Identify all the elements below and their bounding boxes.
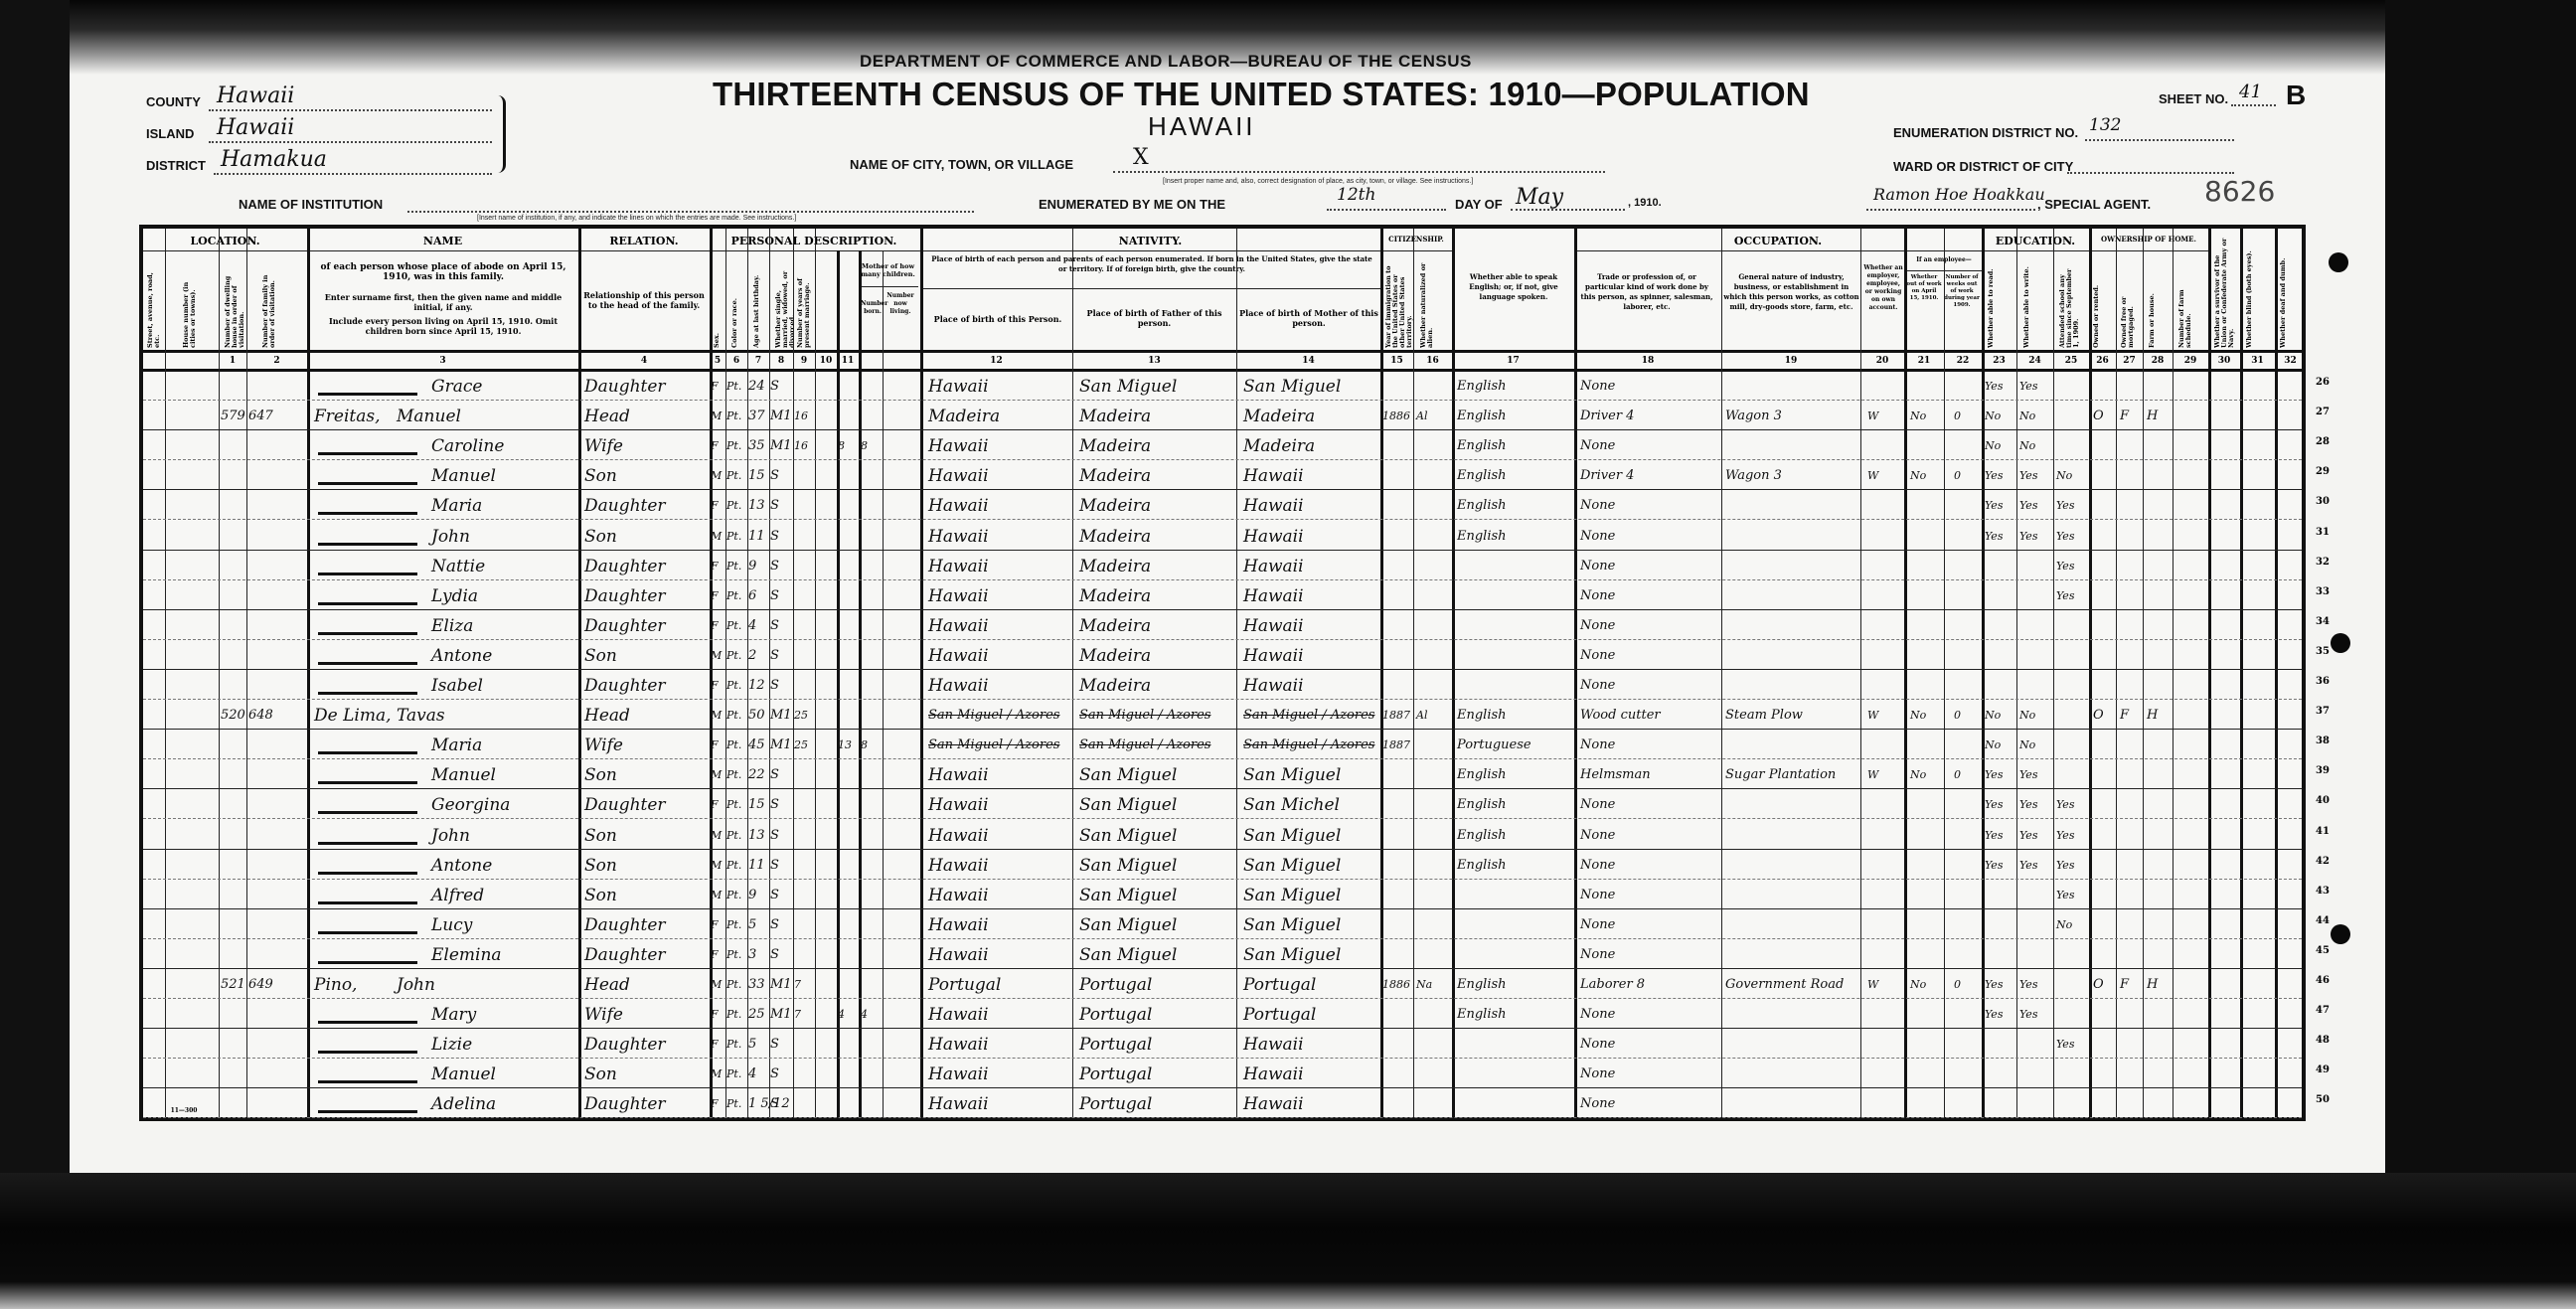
trade-cell[interactable]: None (1580, 614, 1721, 638)
age-cell[interactable]: 5 (748, 1033, 770, 1057)
read-cell[interactable]: No (1985, 434, 2017, 458)
age-cell[interactable]: 13 (748, 494, 770, 518)
emp-cell[interactable]: W (1867, 405, 1903, 428)
trade-cell[interactable]: None (1580, 555, 1721, 578)
sex-cell[interactable]: M (711, 824, 726, 848)
relation-cell[interactable]: Son (584, 854, 709, 878)
sex-cell[interactable]: F (711, 674, 726, 698)
bp-mother-cell[interactable]: Hawaii (1243, 1063, 1380, 1086)
given-name-cell[interactable]: Tavas (397, 704, 445, 728)
bp-mother-cell[interactable]: Hawaii (1243, 614, 1380, 638)
trade-cell[interactable]: None (1580, 1003, 1721, 1027)
color-cell[interactable]: Pt. (726, 674, 748, 698)
marital-cell[interactable]: S (770, 525, 794, 549)
trade-cell[interactable]: None (1580, 674, 1721, 698)
bp-mother-cell[interactable]: Hawaii (1243, 1092, 1380, 1116)
marital-cell[interactable]: S (770, 763, 794, 787)
dwelling-cell[interactable]: 579 (221, 405, 250, 428)
institution-line[interactable] (407, 211, 974, 213)
surname-cell[interactable]: De Lima, (314, 704, 391, 728)
bp-mother-cell[interactable]: Hawaii (1243, 644, 1380, 668)
read-cell[interactable]: Yes (1985, 375, 2017, 399)
age-cell[interactable]: 5 (748, 913, 770, 937)
read-cell[interactable]: Yes (1985, 824, 2017, 848)
language-cell[interactable]: English (1457, 525, 1574, 549)
relation-cell[interactable]: Wife (584, 434, 709, 458)
bp-father-cell[interactable]: San Miguel / Azores (1079, 704, 1236, 728)
bp-father-cell[interactable]: Madeira (1079, 644, 1236, 668)
bp-person-cell[interactable]: Hawaii (928, 525, 1072, 549)
bp-mother-cell[interactable]: Hawaii (1243, 525, 1380, 549)
given-name-cell[interactable]: Georgina (431, 793, 510, 817)
given-name-cell[interactable]: Eliza (431, 614, 473, 638)
age-cell[interactable]: 25 (748, 1003, 770, 1027)
write-cell[interactable]: Yes (2019, 375, 2053, 399)
bp-mother-cell[interactable]: Hawaii (1243, 494, 1380, 518)
given-name-cell[interactable]: Manuel (397, 405, 461, 428)
relation-cell[interactable]: Son (584, 1063, 709, 1086)
trade-cell[interactable]: Laborer 8 (1580, 973, 1721, 997)
sex-cell[interactable]: F (711, 584, 726, 608)
bp-father-cell[interactable]: Madeira (1079, 614, 1236, 638)
bp-person-cell[interactable]: Hawaii (928, 614, 1072, 638)
marital-cell[interactable]: S (770, 1063, 794, 1086)
immig-cell[interactable]: 1886 (1382, 405, 1414, 428)
industry-cell[interactable]: Wagon 3 (1725, 405, 1860, 428)
bp-father-cell[interactable]: Madeira (1079, 674, 1236, 698)
bp-father-cell[interactable]: San Miguel (1079, 763, 1236, 787)
trade-cell[interactable]: None (1580, 525, 1721, 549)
read-cell[interactable]: Yes (1985, 525, 2017, 549)
given-name-cell[interactable]: Manuel (431, 464, 496, 488)
age-cell[interactable]: 22 (748, 763, 770, 787)
school-cell[interactable]: Yes (2056, 854, 2089, 878)
yrs-married-cell[interactable]: 7 (794, 973, 816, 997)
sex-cell[interactable]: F (711, 614, 726, 638)
sex-cell[interactable]: M (711, 763, 726, 787)
marital-cell[interactable]: S (770, 494, 794, 518)
school-cell[interactable]: Yes (2056, 525, 2089, 549)
write-cell[interactable]: No (2019, 434, 2053, 458)
sex-cell[interactable]: M (711, 854, 726, 878)
bp-father-cell[interactable]: Madeira (1079, 494, 1236, 518)
emp-cell[interactable]: W (1867, 973, 1903, 997)
marital-cell[interactable]: S (770, 824, 794, 848)
sex-cell[interactable]: F (711, 943, 726, 967)
living-cell[interactable]: 8 (861, 434, 883, 458)
yrs-married-cell[interactable]: 7 (794, 1003, 816, 1027)
bp-person-cell[interactable]: Hawaii (928, 1033, 1072, 1057)
given-name-cell[interactable]: Caroline (431, 434, 504, 458)
family-cell[interactable]: 649 (248, 973, 288, 997)
write-cell[interactable]: No (2019, 704, 2053, 728)
sex-cell[interactable]: M (711, 1063, 726, 1086)
oow-cell[interactable]: No (1910, 973, 1944, 997)
read-cell[interactable]: No (1985, 405, 2017, 428)
language-cell[interactable]: English (1457, 763, 1574, 787)
bp-mother-cell[interactable]: San Miguel (1243, 854, 1380, 878)
sex-cell[interactable]: M (711, 405, 726, 428)
bp-father-cell[interactable]: San Miguel (1079, 943, 1236, 967)
color-cell[interactable]: Pt. (726, 854, 748, 878)
color-cell[interactable]: Pt. (726, 1003, 748, 1027)
color-cell[interactable]: Pt. (726, 1033, 748, 1057)
color-cell[interactable]: Pt. (726, 704, 748, 728)
write-cell[interactable]: Yes (2019, 1003, 2053, 1027)
relation-cell[interactable]: Wife (584, 734, 709, 757)
school-cell[interactable]: No (2056, 913, 2089, 937)
sex-cell[interactable]: F (711, 1033, 726, 1057)
color-cell[interactable]: Pt. (726, 884, 748, 907)
relation-cell[interactable]: Son (584, 884, 709, 907)
relation-cell[interactable]: Son (584, 644, 709, 668)
relation-cell[interactable]: Daughter (584, 1033, 709, 1057)
marital-cell[interactable]: S (770, 943, 794, 967)
dwelling-cell[interactable]: 520 (221, 704, 250, 728)
given-name-cell[interactable]: John (397, 973, 435, 997)
city-value[interactable]: X (1133, 145, 1149, 170)
trade-cell[interactable]: None (1580, 913, 1721, 937)
sex-cell[interactable]: M (711, 644, 726, 668)
given-name-cell[interactable]: Manuel (431, 1063, 496, 1086)
bp-person-cell[interactable]: Hawaii (928, 824, 1072, 848)
bp-mother-cell[interactable]: San Miguel (1243, 943, 1380, 967)
color-cell[interactable]: Pt. (726, 525, 748, 549)
language-cell[interactable]: English (1457, 375, 1574, 399)
sex-cell[interactable]: M (711, 525, 726, 549)
read-cell[interactable]: Yes (1985, 854, 2017, 878)
industry-cell[interactable]: Government Road (1725, 973, 1860, 997)
color-cell[interactable]: Pt. (726, 494, 748, 518)
given-name-cell[interactable]: Lydia (431, 584, 478, 608)
marital-cell[interactable]: S (770, 1033, 794, 1057)
write-cell[interactable]: Yes (2019, 763, 2053, 787)
marital-cell[interactable]: M1 (770, 704, 794, 728)
oow-cell[interactable]: No (1910, 704, 1944, 728)
trade-cell[interactable]: None (1580, 434, 1721, 458)
age-cell[interactable]: 15 (748, 464, 770, 488)
oow-cell[interactable]: No (1910, 405, 1944, 428)
farm-cell[interactable]: H (2147, 405, 2171, 428)
emp-cell[interactable]: W (1867, 704, 1903, 728)
marital-cell[interactable]: S (770, 1092, 794, 1116)
color-cell[interactable]: Pt. (726, 1063, 748, 1086)
bp-person-cell[interactable]: Hawaii (928, 644, 1072, 668)
free-cell[interactable]: F (2120, 704, 2142, 728)
bp-person-cell[interactable]: San Miguel / Azores (928, 734, 1072, 757)
write-cell[interactable]: Yes (2019, 854, 2053, 878)
surname-cell[interactable]: Freitas, (314, 405, 381, 428)
born-cell[interactable]: 4 (838, 1003, 860, 1027)
bp-person-cell[interactable]: Hawaii (928, 434, 1072, 458)
relation-cell[interactable]: Daughter (584, 1092, 709, 1116)
school-cell[interactable]: Yes (2056, 584, 2089, 608)
language-cell[interactable]: English (1457, 793, 1574, 817)
bp-father-cell[interactable]: Portugal (1079, 1063, 1236, 1086)
given-name-cell[interactable]: Manuel (431, 763, 496, 787)
bp-person-cell[interactable]: Hawaii (928, 1003, 1072, 1027)
bp-father-cell[interactable]: Madeira (1079, 464, 1236, 488)
age-cell[interactable]: 13 (748, 824, 770, 848)
given-name-cell[interactable]: Alfred (431, 884, 484, 907)
born-cell[interactable]: 13 (838, 734, 860, 757)
age-cell[interactable]: 33 (748, 973, 770, 997)
age-cell[interactable]: 6 (748, 584, 770, 608)
given-name-cell[interactable]: John (431, 824, 470, 848)
language-cell[interactable]: English (1457, 405, 1574, 428)
color-cell[interactable]: Pt. (726, 555, 748, 578)
bp-person-cell[interactable]: Hawaii (928, 854, 1072, 878)
bp-father-cell[interactable]: Madeira (1079, 434, 1236, 458)
living-cell[interactable]: 4 (861, 1003, 883, 1027)
write-cell[interactable]: Yes (2019, 824, 2053, 848)
age-cell[interactable]: 9 (748, 884, 770, 907)
trade-cell[interactable]: None (1580, 793, 1721, 817)
relation-cell[interactable]: Daughter (584, 674, 709, 698)
color-cell[interactable]: Pt. (726, 464, 748, 488)
family-cell[interactable]: 647 (248, 405, 288, 428)
color-cell[interactable]: Pt. (726, 793, 748, 817)
write-cell[interactable]: Yes (2019, 494, 2053, 518)
bp-mother-cell[interactable]: Hawaii (1243, 584, 1380, 608)
bp-mother-cell[interactable]: Hawaii (1243, 674, 1380, 698)
trade-cell[interactable]: Driver 4 (1580, 464, 1721, 488)
bp-mother-cell[interactable]: Hawaii (1243, 1033, 1380, 1057)
write-cell[interactable]: Yes (2019, 525, 2053, 549)
given-name-cell[interactable]: Maria (431, 494, 482, 518)
bp-father-cell[interactable]: Madeira (1079, 555, 1236, 578)
sex-cell[interactable]: F (711, 913, 726, 937)
free-cell[interactable]: F (2120, 973, 2142, 997)
given-name-cell[interactable]: Antone (431, 854, 492, 878)
relation-cell[interactable]: Son (584, 763, 709, 787)
marital-cell[interactable]: M1 (770, 434, 794, 458)
bp-person-cell[interactable]: Hawaii (928, 375, 1072, 399)
weeks-cell[interactable]: 0 (1954, 973, 1980, 997)
color-cell[interactable]: Pt. (726, 614, 748, 638)
relation-cell[interactable]: Son (584, 824, 709, 848)
bp-mother-cell[interactable]: San Miguel (1243, 763, 1380, 787)
language-cell[interactable]: English (1457, 1003, 1574, 1027)
family-cell[interactable]: 648 (248, 704, 288, 728)
weeks-cell[interactable]: 0 (1954, 763, 1980, 787)
age-cell[interactable]: 9 (748, 555, 770, 578)
relation-cell[interactable]: Wife (584, 1003, 709, 1027)
color-cell[interactable]: Pt. (726, 405, 748, 428)
marital-cell[interactable]: M1 (770, 1003, 794, 1027)
bp-person-cell[interactable]: Hawaii (928, 584, 1072, 608)
color-cell[interactable]: Pt. (726, 584, 748, 608)
marital-cell[interactable]: S (770, 793, 794, 817)
color-cell[interactable]: Pt. (726, 375, 748, 399)
trade-cell[interactable]: None (1580, 584, 1721, 608)
bp-person-cell[interactable]: Hawaii (928, 494, 1072, 518)
age-cell[interactable]: 45 (748, 734, 770, 757)
born-cell[interactable]: 8 (838, 434, 860, 458)
sex-cell[interactable]: F (711, 793, 726, 817)
read-cell[interactable]: Yes (1985, 763, 2017, 787)
sex-cell[interactable]: F (711, 494, 726, 518)
county-value[interactable]: Hawaii (217, 83, 294, 108)
relation-cell[interactable]: Head (584, 704, 709, 728)
marital-cell[interactable]: S (770, 674, 794, 698)
age-cell[interactable]: 15 (748, 793, 770, 817)
bp-mother-cell[interactable]: San Miguel / Azores (1243, 734, 1380, 757)
marital-cell[interactable]: S (770, 375, 794, 399)
age-cell[interactable]: 24 (748, 375, 770, 399)
bp-mother-cell[interactable]: Hawaii (1243, 464, 1380, 488)
surname-cell[interactable]: Pino, (314, 973, 357, 997)
age-cell[interactable]: 50 (748, 704, 770, 728)
language-cell[interactable]: English (1457, 704, 1574, 728)
given-name-cell[interactable]: John (431, 525, 470, 549)
trade-cell[interactable]: Wood cutter (1580, 704, 1721, 728)
trade-cell[interactable]: Driver 4 (1580, 405, 1721, 428)
trade-cell[interactable]: None (1580, 1063, 1721, 1086)
bp-mother-cell[interactable]: San Miguel (1243, 884, 1380, 907)
color-cell[interactable]: Pt. (726, 763, 748, 787)
weeks-cell[interactable]: 0 (1954, 704, 1980, 728)
age-cell[interactable]: 4 (748, 614, 770, 638)
sex-cell[interactable]: M (711, 973, 726, 997)
bp-person-cell[interactable]: Hawaii (928, 555, 1072, 578)
age-cell[interactable]: 11 (748, 525, 770, 549)
marital-cell[interactable]: M1 (770, 973, 794, 997)
relation-cell[interactable]: Daughter (584, 584, 709, 608)
write-cell[interactable]: No (2019, 405, 2053, 428)
emp-cell[interactable]: W (1867, 464, 1903, 488)
language-cell[interactable]: English (1457, 824, 1574, 848)
nat-cell[interactable]: Al (1416, 405, 1452, 428)
color-cell[interactable]: Pt. (726, 943, 748, 967)
bp-person-cell[interactable]: Hawaii (928, 943, 1072, 967)
write-cell[interactable]: Yes (2019, 793, 2053, 817)
sex-cell[interactable]: M (711, 704, 726, 728)
trade-cell[interactable]: None (1580, 854, 1721, 878)
relation-cell[interactable]: Daughter (584, 375, 709, 399)
school-cell[interactable]: Yes (2056, 824, 2089, 848)
bp-father-cell[interactable]: San Miguel (1079, 913, 1236, 937)
given-name-cell[interactable]: Nattie (431, 555, 485, 578)
trade-cell[interactable]: None (1580, 824, 1721, 848)
read-cell[interactable]: No (1985, 734, 2017, 757)
owned-cell[interactable]: O (2093, 704, 2115, 728)
color-cell[interactable]: Pt. (726, 1092, 748, 1116)
color-cell[interactable]: Pt. (726, 434, 748, 458)
yrs-married-cell[interactable]: 25 (794, 704, 816, 728)
bp-father-cell[interactable]: Portugal (1079, 1092, 1236, 1116)
sex-cell[interactable]: F (711, 1003, 726, 1027)
bp-person-cell[interactable]: Hawaii (928, 763, 1072, 787)
marital-cell[interactable]: S (770, 854, 794, 878)
industry-cell[interactable]: Wagon 3 (1725, 464, 1860, 488)
relation-cell[interactable]: Daughter (584, 913, 709, 937)
bp-father-cell[interactable]: Portugal (1079, 1033, 1236, 1057)
immig-cell[interactable]: 1887 (1382, 734, 1414, 757)
relation-cell[interactable]: Head (584, 405, 709, 428)
marital-cell[interactable]: S (770, 614, 794, 638)
bp-father-cell[interactable]: San Miguel (1079, 854, 1236, 878)
bp-person-cell[interactable]: Madeira (928, 405, 1072, 428)
age-cell[interactable]: 12 (748, 674, 770, 698)
trade-cell[interactable]: None (1580, 1092, 1721, 1116)
school-cell[interactable]: Yes (2056, 494, 2089, 518)
immig-cell[interactable]: 1887 (1382, 704, 1414, 728)
relation-cell[interactable]: Daughter (584, 555, 709, 578)
trade-cell[interactable]: None (1580, 1033, 1721, 1057)
trade-cell[interactable]: None (1580, 884, 1721, 907)
marital-cell[interactable]: S (770, 884, 794, 907)
relation-cell[interactable]: Son (584, 525, 709, 549)
bp-mother-cell[interactable]: Madeira (1243, 434, 1380, 458)
bp-father-cell[interactable]: Portugal (1079, 1003, 1236, 1027)
sex-cell[interactable]: F (711, 734, 726, 757)
enumerated-day[interactable]: 12th (1337, 185, 1375, 205)
bp-mother-cell[interactable]: Hawaii (1243, 555, 1380, 578)
farm-cell[interactable]: H (2147, 973, 2171, 997)
bp-person-cell[interactable]: Hawaii (928, 464, 1072, 488)
age-cell[interactable]: 4 (748, 1063, 770, 1086)
marital-cell[interactable]: S (770, 584, 794, 608)
sex-cell[interactable]: F (711, 1092, 726, 1116)
relation-cell[interactable]: Daughter (584, 614, 709, 638)
oow-cell[interactable]: No (1910, 464, 1944, 488)
bp-father-cell[interactable]: Madeira (1079, 584, 1236, 608)
nat-cell[interactable]: Na (1416, 973, 1452, 997)
age-cell[interactable]: 2 (748, 644, 770, 668)
color-cell[interactable]: Pt. (726, 973, 748, 997)
bp-father-cell[interactable]: San Miguel (1079, 824, 1236, 848)
sex-cell[interactable]: F (711, 434, 726, 458)
marital-cell[interactable]: S (770, 644, 794, 668)
bp-person-cell[interactable]: Hawaii (928, 1063, 1072, 1086)
trade-cell[interactable]: Helmsman (1580, 763, 1721, 787)
age-cell[interactable]: 3 (748, 943, 770, 967)
write-cell[interactable]: Yes (2019, 973, 2053, 997)
school-cell[interactable]: Yes (2056, 793, 2089, 817)
bp-mother-cell[interactable]: San Michel (1243, 793, 1380, 817)
enumerated-month[interactable]: May (1516, 185, 1563, 210)
language-cell[interactable]: English (1457, 434, 1574, 458)
district-value[interactable]: Hamakua (221, 147, 327, 172)
bp-person-cell[interactable]: Hawaii (928, 793, 1072, 817)
trade-cell[interactable]: None (1580, 943, 1721, 967)
bp-mother-cell[interactable]: San Miguel (1243, 375, 1380, 399)
trade-cell[interactable]: None (1580, 734, 1721, 757)
age-cell[interactable]: 1 5/12 (748, 1092, 770, 1116)
dwelling-cell[interactable]: 521 (221, 973, 250, 997)
age-cell[interactable]: 11 (748, 854, 770, 878)
sheet-number[interactable]: 41 (2239, 82, 2262, 102)
language-cell[interactable]: Portuguese (1457, 734, 1574, 757)
bp-father-cell[interactable]: San Miguel (1079, 793, 1236, 817)
given-name-cell[interactable]: Lizie (431, 1033, 472, 1057)
school-cell[interactable]: No (2056, 464, 2089, 488)
write-cell[interactable]: No (2019, 734, 2053, 757)
given-name-cell[interactable]: Isabel (431, 674, 483, 698)
industry-cell[interactable]: Sugar Plantation (1725, 763, 1860, 787)
read-cell[interactable]: Yes (1985, 494, 2017, 518)
yrs-married-cell[interactable]: 16 (794, 405, 816, 428)
trade-cell[interactable]: None (1580, 644, 1721, 668)
relation-cell[interactable]: Head (584, 973, 709, 997)
free-cell[interactable]: F (2120, 405, 2142, 428)
bp-mother-cell[interactable]: San Miguel (1243, 913, 1380, 937)
sex-cell[interactable]: F (711, 555, 726, 578)
ward-line[interactable] (2067, 172, 2234, 174)
bp-father-cell[interactable]: Portugal (1079, 973, 1236, 997)
sex-cell[interactable]: M (711, 884, 726, 907)
